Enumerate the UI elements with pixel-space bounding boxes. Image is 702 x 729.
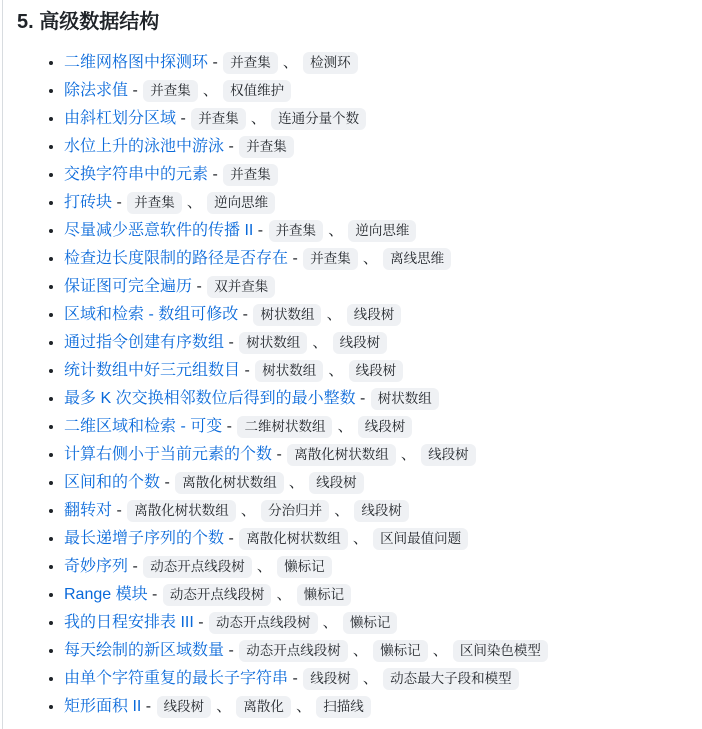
- title-tag-separator: -: [224, 642, 238, 659]
- title-tag-separator: -: [288, 250, 302, 267]
- problem-list-item: 最多 K 次交换相邻数位后得到的最小整数 - 树状数组: [64, 384, 686, 412]
- tag-badge: 线段树: [309, 472, 364, 494]
- problem-link[interactable]: 水位上升的泳池中游泳: [64, 138, 224, 155]
- title-tag-separator: -: [224, 138, 238, 155]
- tag-badge: 离线思维: [383, 248, 451, 270]
- markdown-page: 5. 高级数据结构 二维网格图中探测环 - 并查集 、 检测环除法求值 - 并查…: [0, 0, 702, 729]
- tag-badge: 并查集: [303, 248, 358, 270]
- problem-link[interactable]: 由斜杠划分区域: [64, 110, 176, 127]
- problem-link[interactable]: 除法求值: [64, 82, 128, 99]
- problem-list-item: 每天绘制的新区域数量 - 动态开点线段树 、 懒标记 、 区间染色模型: [64, 636, 686, 664]
- problem-link[interactable]: 我的日程安排表 III: [64, 614, 194, 631]
- tag-separator: 、: [333, 418, 356, 435]
- tag-badge: 树状数组: [253, 304, 321, 326]
- tag-separator: 、: [279, 54, 302, 71]
- tag-separator: 、: [324, 222, 347, 239]
- problem-list-item: 翻转对 - 离散化树状数组 、 分治归并 、 线段树: [64, 496, 686, 524]
- title-tag-separator: -: [128, 82, 142, 99]
- tag-badge: 二维树状数组: [237, 416, 332, 438]
- tag-separator: 、: [349, 642, 372, 659]
- tag-badge: 线段树: [358, 416, 413, 438]
- problem-link[interactable]: 矩形面积 II: [64, 698, 141, 715]
- problem-link[interactable]: 保证图可完全遍历: [64, 278, 192, 295]
- title-tag-separator: -: [288, 670, 302, 687]
- problem-list-item: 区间和的个数 - 离散化树状数组 、 线段树: [64, 468, 686, 496]
- title-tag-separator: -: [208, 54, 222, 71]
- title-tag-separator: -: [112, 194, 126, 211]
- tag-badge: 逆向思维: [348, 220, 416, 242]
- tag-separator: 、: [397, 446, 420, 463]
- tag-badge: 并查集: [223, 52, 278, 74]
- tag-badge: 离散化树状数组: [239, 528, 348, 550]
- problem-list-item: 矩形面积 II - 线段树 、 离散化 、 扫描线: [64, 692, 686, 720]
- tag-badge: 并查集: [191, 108, 246, 130]
- problem-list-item: 二维区域和检索 - 可变 - 二维树状数组 、 线段树: [64, 412, 686, 440]
- problem-link[interactable]: 区间和的个数: [64, 474, 160, 491]
- problem-list-item: Range 模块 - 动态开点线段树 、 懒标记: [64, 580, 686, 608]
- problem-list: 二维网格图中探测环 - 并查集 、 检测环除法求值 - 并查集 、 权值维护由斜…: [17, 48, 686, 720]
- problem-link[interactable]: 打砖块: [64, 194, 112, 211]
- tag-badge: 动态最大子段和模型: [383, 668, 519, 690]
- tag-separator: 、: [359, 250, 382, 267]
- tag-separator: 、: [324, 362, 347, 379]
- problem-list-item: 我的日程安排表 III - 动态开点线段树 、 懒标记: [64, 608, 686, 636]
- tag-badge: 动态开点线段树: [163, 584, 272, 606]
- problem-list-item: 统计数组中好三元组数目 - 树状数组 、 线段树: [64, 356, 686, 384]
- title-tag-separator: -: [238, 306, 252, 323]
- problem-list-item: 由单个字符重复的最长子字符串 - 线段树 、 动态最大子段和模型: [64, 664, 686, 692]
- problem-list-item: 尽量减少恶意软件的传播 II - 并查集 、 逆向思维: [64, 216, 686, 244]
- tag-separator: 、: [237, 502, 260, 519]
- tag-badge: 线段树: [354, 500, 409, 522]
- title-tag-separator: -: [253, 222, 267, 239]
- title-tag-separator: -: [160, 474, 174, 491]
- tag-separator: 、: [359, 670, 382, 687]
- problem-list-item: 二维网格图中探测环 - 并查集 、 检测环: [64, 48, 686, 76]
- tag-separator: 、: [183, 194, 206, 211]
- title-tag-separator: -: [272, 446, 286, 463]
- problem-link[interactable]: 奇妙序列: [64, 558, 128, 575]
- title-tag-separator: -: [128, 558, 142, 575]
- tag-badge: 线段树: [421, 444, 476, 466]
- tag-badge: 线段树: [333, 332, 388, 354]
- problem-link[interactable]: 尽量减少恶意软件的传播 II: [64, 222, 253, 239]
- problem-link[interactable]: 检查边长度限制的路径是否存在: [64, 250, 288, 267]
- tag-badge: 线段树: [303, 668, 358, 690]
- tag-separator: 、: [272, 586, 295, 603]
- tag-badge: 树状数组: [371, 388, 439, 410]
- section-heading: 5. 高级数据结构: [17, 9, 686, 36]
- tag-separator: 、: [330, 502, 353, 519]
- tag-badge: 离散化: [236, 696, 291, 718]
- tag-badge: 离散化树状数组: [287, 444, 396, 466]
- problem-list-item: 由斜杠划分区域 - 并查集 、 连通分量个数: [64, 104, 686, 132]
- tag-badge: 并查集: [143, 80, 198, 102]
- title-tag-separator: -: [208, 166, 222, 183]
- problem-link[interactable]: 每天绘制的新区域数量: [64, 642, 224, 659]
- problem-link[interactable]: 交换字符串中的元素: [64, 166, 208, 183]
- tag-separator: 、: [349, 530, 372, 547]
- tag-badge: 离散化树状数组: [175, 472, 284, 494]
- tag-badge: 离散化树状数组: [127, 500, 236, 522]
- tag-badge: 动态开点线段树: [209, 612, 318, 634]
- tag-badge: 线段树: [347, 304, 402, 326]
- tag-separator: 、: [308, 334, 331, 351]
- title-tag-separator: -: [192, 278, 206, 295]
- problem-list-item: 最长递增子序列的个数 - 离散化树状数组 、 区间最值问题: [64, 524, 686, 552]
- problem-list-item: 除法求值 - 并查集 、 权值维护: [64, 76, 686, 104]
- problem-list-item: 检查边长度限制的路径是否存在 - 并查集 、 离线思维: [64, 244, 686, 272]
- title-tag-separator: -: [148, 586, 162, 603]
- tag-badge: 树状数组: [239, 332, 307, 354]
- tag-badge: 分治归并: [261, 500, 329, 522]
- tag-badge: 逆向思维: [207, 192, 275, 214]
- tag-badge: 树状数组: [255, 360, 323, 382]
- tag-badge: 懒标记: [343, 612, 398, 634]
- tag-badge: 连通分量个数: [271, 108, 366, 130]
- problem-list-item: 奇妙序列 - 动态开点线段树 、 懒标记: [64, 552, 686, 580]
- title-tag-separator: -: [224, 334, 238, 351]
- tag-badge: 懒标记: [297, 584, 352, 606]
- tag-badge: 双并查集: [207, 276, 275, 298]
- title-tag-separator: -: [141, 698, 155, 715]
- tag-separator: 、: [292, 698, 315, 715]
- problem-list-item: 区域和检索 - 数组可修改 - 树状数组 、 线段树: [64, 300, 686, 328]
- problem-link[interactable]: 最多 K 次交换相邻数位后得到的最小整数: [64, 390, 356, 407]
- title-tag-separator: -: [194, 614, 208, 631]
- tag-separator: 、: [322, 306, 345, 323]
- tag-badge: 权值维护: [223, 80, 291, 102]
- tag-badge: 动态开点线段树: [143, 556, 252, 578]
- problem-list-item: 通过指令创建有序数组 - 树状数组 、 线段树: [64, 328, 686, 356]
- title-tag-separator: -: [240, 362, 254, 379]
- problem-list-item: 保证图可完全遍历 - 双并查集: [64, 272, 686, 300]
- tag-badge: 懒标记: [277, 556, 332, 578]
- problem-link[interactable]: 最长递增子序列的个数: [64, 530, 224, 547]
- tag-badge: 扫描线: [316, 696, 371, 718]
- problem-list-item: 水位上升的泳池中游泳 - 并查集: [64, 132, 686, 160]
- tag-separator: 、: [319, 614, 342, 631]
- tag-separator: 、: [199, 82, 222, 99]
- problem-list-item: 交换字符串中的元素 - 并查集: [64, 160, 686, 188]
- problem-link[interactable]: 翻转对: [64, 502, 112, 519]
- tag-badge: 区间染色模型: [453, 640, 548, 662]
- title-tag-separator: -: [112, 502, 126, 519]
- problem-link[interactable]: 统计数组中好三元组数目: [64, 362, 240, 379]
- problem-link[interactable]: 二维区域和检索 - 可变: [64, 418, 222, 435]
- tag-separator: 、: [247, 110, 270, 127]
- problem-link[interactable]: 计算右侧小于当前元素的个数: [64, 446, 272, 463]
- problem-link[interactable]: 区域和检索 - 数组可修改: [64, 306, 238, 323]
- tag-separator: 、: [429, 642, 452, 659]
- tag-separator: 、: [285, 474, 308, 491]
- problem-list-item: 打砖块 - 并查集 、 逆向思维: [64, 188, 686, 216]
- tag-badge: 并查集: [223, 164, 278, 186]
- tag-separator: 、: [212, 698, 235, 715]
- title-tag-separator: -: [356, 390, 370, 407]
- tag-badge: 检测环: [303, 52, 358, 74]
- tag-badge: 并查集: [127, 192, 182, 214]
- title-tag-separator: -: [222, 418, 236, 435]
- tag-badge: 区间最值问题: [373, 528, 468, 550]
- title-tag-separator: -: [224, 530, 238, 547]
- tag-badge: 并查集: [269, 220, 324, 242]
- tag-badge: 线段树: [349, 360, 404, 382]
- tag-badge: 动态开点线段树: [239, 640, 348, 662]
- problem-link[interactable]: 通过指令创建有序数组: [64, 334, 224, 351]
- tag-badge: 并查集: [239, 136, 294, 158]
- page-edge-divider: [2, 0, 3, 729]
- tag-badge: 懒标记: [373, 640, 428, 662]
- problem-link[interactable]: 由单个字符重复的最长子字符串: [64, 670, 288, 687]
- tag-separator: 、: [253, 558, 276, 575]
- problem-link[interactable]: 二维网格图中探测环: [64, 54, 208, 71]
- title-tag-separator: -: [176, 110, 190, 127]
- problem-link[interactable]: Range 模块: [64, 586, 148, 603]
- markdown-content: 5. 高级数据结构 二维网格图中探测环 - 并查集 、 检测环除法求值 - 并查…: [0, 0, 702, 720]
- tag-badge: 线段树: [157, 696, 212, 718]
- problem-list-item: 计算右侧小于当前元素的个数 - 离散化树状数组 、 线段树: [64, 440, 686, 468]
